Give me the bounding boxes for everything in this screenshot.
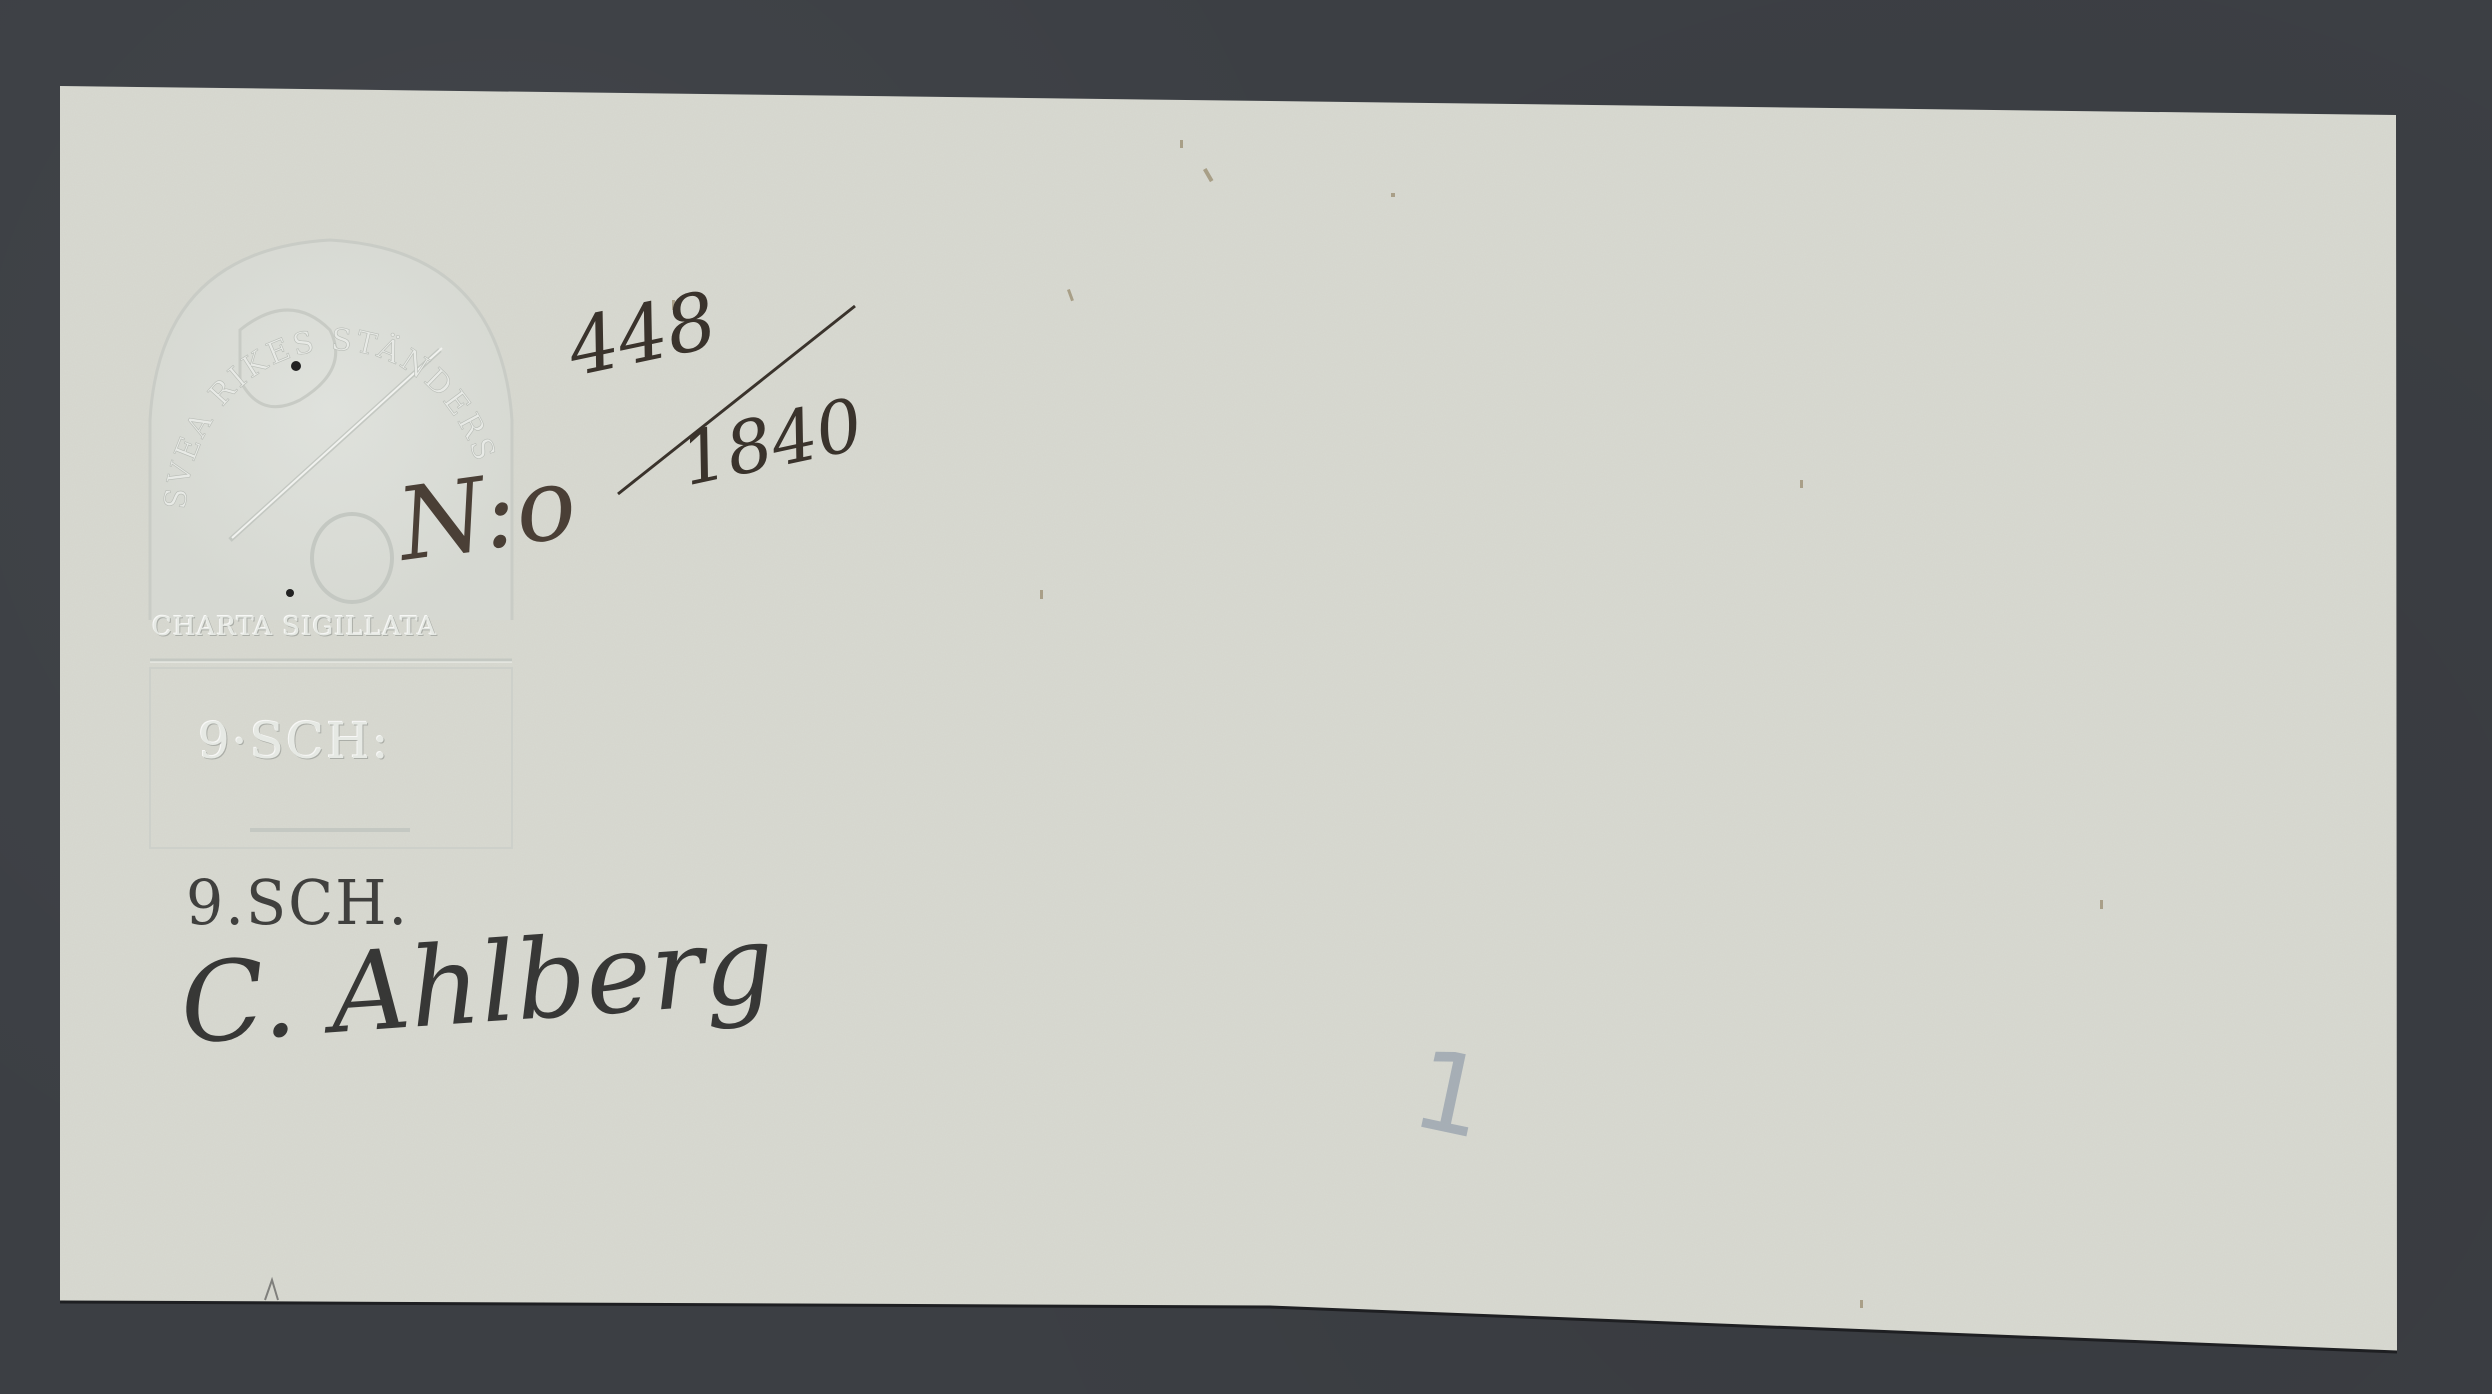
- stamped-paper-sheet: SVEA RIKES STÄNDERS CHARTA SIGILLATA 9·S…: [0, 0, 2492, 1394]
- paper-shape: SVEA RIKES STÄNDERS: [0, 0, 2492, 1394]
- seal-bottom-legend: CHARTA SIGILLATA: [152, 612, 437, 642]
- embossed-denomination: 9·SCH:: [198, 712, 391, 770]
- manuscript-prefix: N:o: [391, 443, 583, 584]
